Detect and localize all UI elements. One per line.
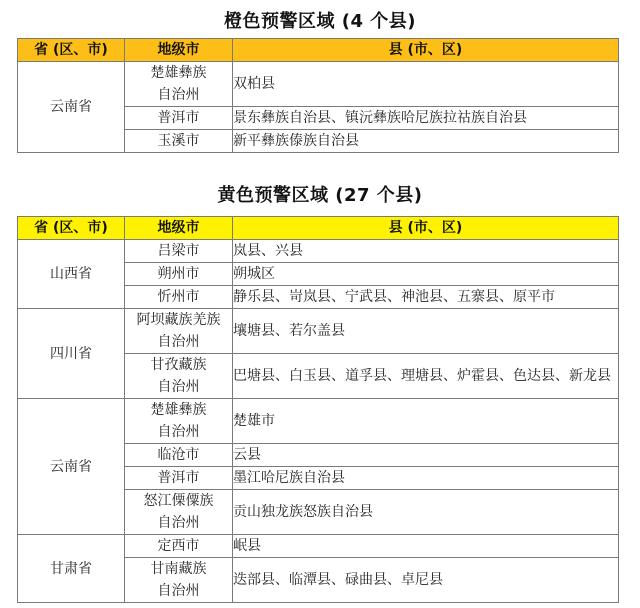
county-cell: 迭部县、临潭县、碌曲县、卓尼县 (233, 558, 619, 603)
city-line: 甘南藏族 (125, 558, 232, 580)
city-cell: 吕梁市 (125, 240, 233, 263)
table-row: 甘肃省 定西市 岷县 (18, 535, 619, 558)
column-header-county: 县 (市、区) (233, 39, 619, 62)
county-cell: 楚雄市 (233, 399, 619, 444)
city-cell: 阿坝藏族羌族 自治州 (125, 309, 233, 354)
city-line: 自治州 (125, 331, 232, 353)
table-row: 云南省 楚雄彝族 自治州 楚雄市 (18, 399, 619, 444)
table-row: 云南省 楚雄彝族 自治州 双柏县 (18, 62, 619, 107)
county-cell: 朔城区 (233, 263, 619, 286)
province-cell: 山西省 (18, 240, 125, 309)
city-line: 自治州 (125, 376, 232, 398)
city-line: 楚雄彝族 (125, 399, 232, 421)
table-row: 山西省 吕梁市 岚县、兴县 (18, 240, 619, 263)
city-line: 自治州 (125, 421, 232, 443)
county-cell: 岚县、兴县 (233, 240, 619, 263)
city-line: 楚雄彝族 (125, 62, 232, 84)
city-cell: 普洱市 (125, 467, 233, 490)
county-cell: 壤塘县、若尔盖县 (233, 309, 619, 354)
yellow-warning-table: 省 (区、市) 地级市 县 (市、区) 山西省 吕梁市 岚县、兴县 朔州市 朔城… (17, 216, 619, 603)
column-header-county: 县 (市、区) (233, 217, 619, 240)
city-cell: 朔州市 (125, 263, 233, 286)
province-cell: 云南省 (18, 399, 125, 535)
county-cell: 双柏县 (233, 62, 619, 107)
column-header-province: 省 (区、市) (18, 217, 125, 240)
orange-warning-table: 省 (区、市) 地级市 县 (市、区) 云南省 楚雄彝族 自治州 双柏县 普洱市… (17, 38, 619, 153)
county-cell: 岷县 (233, 535, 619, 558)
column-header-city: 地级市 (125, 217, 233, 240)
city-line: 阿坝藏族羌族 (125, 309, 232, 331)
county-cell: 云县 (233, 444, 619, 467)
city-cell: 定西市 (125, 535, 233, 558)
city-line: 怒江傈僳族 (125, 490, 232, 512)
city-cell: 忻州市 (125, 286, 233, 309)
city-cell: 玉溪市 (125, 130, 233, 153)
column-header-city: 地级市 (125, 39, 233, 62)
table-row: 四川省 阿坝藏族羌族 自治州 壤塘县、若尔盖县 (18, 309, 619, 354)
province-cell: 四川省 (18, 309, 125, 399)
county-cell: 贡山独龙族怒族自治县 (233, 490, 619, 535)
table-header-row: 省 (区、市) 地级市 县 (市、区) (18, 217, 619, 240)
city-line: 自治州 (125, 512, 232, 534)
city-line: 甘孜藏族 (125, 354, 232, 376)
city-cell: 甘孜藏族 自治州 (125, 354, 233, 399)
column-header-province: 省 (区、市) (18, 39, 125, 62)
city-line: 自治州 (125, 84, 232, 106)
city-cell: 临沧市 (125, 444, 233, 467)
city-cell: 甘南藏族 自治州 (125, 558, 233, 603)
county-cell: 静乐县、岢岚县、宁武县、神池县、五寨县、原平市 (233, 286, 619, 309)
city-cell: 普洱市 (125, 107, 233, 130)
province-cell: 甘肃省 (18, 535, 125, 603)
table-header-row: 省 (区、市) 地级市 县 (市、区) (18, 39, 619, 62)
county-cell: 巴塘县、白玉县、道孚县、理塘县、炉霍县、色达县、新龙县 (233, 354, 619, 399)
city-cell: 楚雄彝族 自治州 (125, 62, 233, 107)
city-line: 自治州 (125, 580, 232, 602)
city-cell: 怒江傈僳族 自治州 (125, 490, 233, 535)
county-cell: 墨江哈尼族自治县 (233, 467, 619, 490)
county-cell: 新平彝族傣族自治县 (233, 130, 619, 153)
city-cell: 楚雄彝族 自治州 (125, 399, 233, 444)
yellow-warning-title: 黄色预警区域 (27 个县) (0, 181, 640, 207)
orange-warning-title: 橙色预警区域 (4 个县) (0, 7, 640, 33)
province-cell: 云南省 (18, 62, 125, 153)
county-cell: 景东彝族自治县、镇沅彝族哈尼族拉祜族自治县 (233, 107, 619, 130)
